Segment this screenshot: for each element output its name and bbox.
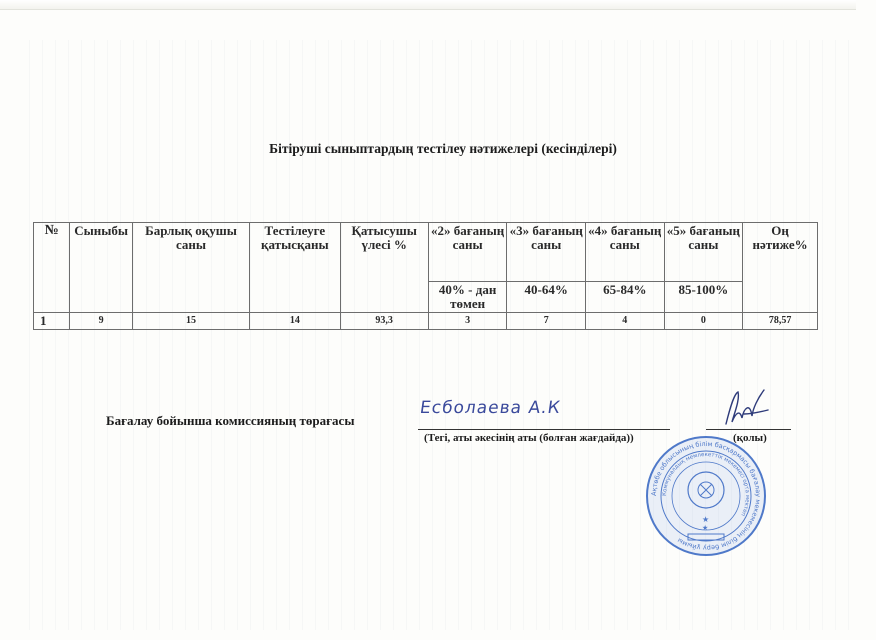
table-header-row: № Сыныбы Барлық оқушы саны Тестілеуге қа… bbox=[34, 223, 818, 282]
svg-text:★: ★ bbox=[702, 515, 709, 524]
header-no: № bbox=[34, 223, 70, 313]
header-grade4: «4» бағаның саны bbox=[586, 223, 665, 282]
results-table: № Сыныбы Барлық оқушы саны Тестілеуге қа… bbox=[33, 222, 818, 330]
range-grade2: 40% - дан төмен bbox=[428, 282, 507, 313]
name-line bbox=[418, 429, 670, 430]
cell-positive-result: 78,57 bbox=[743, 313, 818, 330]
cell-tested: 14 bbox=[250, 313, 340, 330]
cell-grade2: 3 bbox=[428, 313, 507, 330]
cell-class: 9 bbox=[70, 313, 132, 330]
range-grade3: 40-64% bbox=[507, 282, 586, 313]
range-grade4: 65-84% bbox=[586, 282, 665, 313]
header-tested: Тестілеуге қатысқаны bbox=[250, 223, 340, 313]
document-title: Бітіруші сыныптардың тестілеу нәтижелері… bbox=[0, 141, 876, 157]
cell-grade3: 7 bbox=[507, 313, 586, 330]
official-seal-icon: Ақтөбе облысының білім басқармасы бағала… bbox=[644, 434, 768, 558]
cell-participation-share: 93,3 bbox=[340, 313, 428, 330]
header-grade2: «2» бағаның саны bbox=[428, 223, 507, 282]
header-total-students: Барлық оқушы саны bbox=[132, 223, 249, 313]
handwritten-name: Есболаева А.К bbox=[419, 398, 562, 418]
header-participation-share: Қатысушы үлесі % bbox=[340, 223, 428, 313]
cell-grade4: 4 bbox=[586, 313, 665, 330]
header-positive-result: Оң нәтиже% bbox=[743, 223, 818, 313]
table-row: 1 9 15 14 93,3 3 7 4 0 78,57 bbox=[34, 313, 818, 330]
cell-grade5: 0 bbox=[664, 313, 743, 330]
chair-label: Бағалау бойынша комиссияның төрағасы bbox=[106, 413, 354, 429]
header-grade3: «3» бағаның саны bbox=[507, 223, 586, 282]
header-grade5: «5» бағаның саны bbox=[664, 223, 743, 282]
name-caption: (Тегі, аты әкесінің аты (болған жағдайда… bbox=[424, 432, 634, 444]
signature-line bbox=[706, 429, 791, 430]
signature-icon bbox=[720, 388, 770, 430]
header-class: Сыныбы bbox=[70, 223, 132, 313]
cell-total-students: 15 bbox=[132, 313, 249, 330]
scan-edge bbox=[0, 0, 856, 10]
cell-no: 1 bbox=[34, 313, 70, 330]
range-grade5: 85-100% bbox=[664, 282, 743, 313]
svg-text:★: ★ bbox=[702, 524, 708, 532]
